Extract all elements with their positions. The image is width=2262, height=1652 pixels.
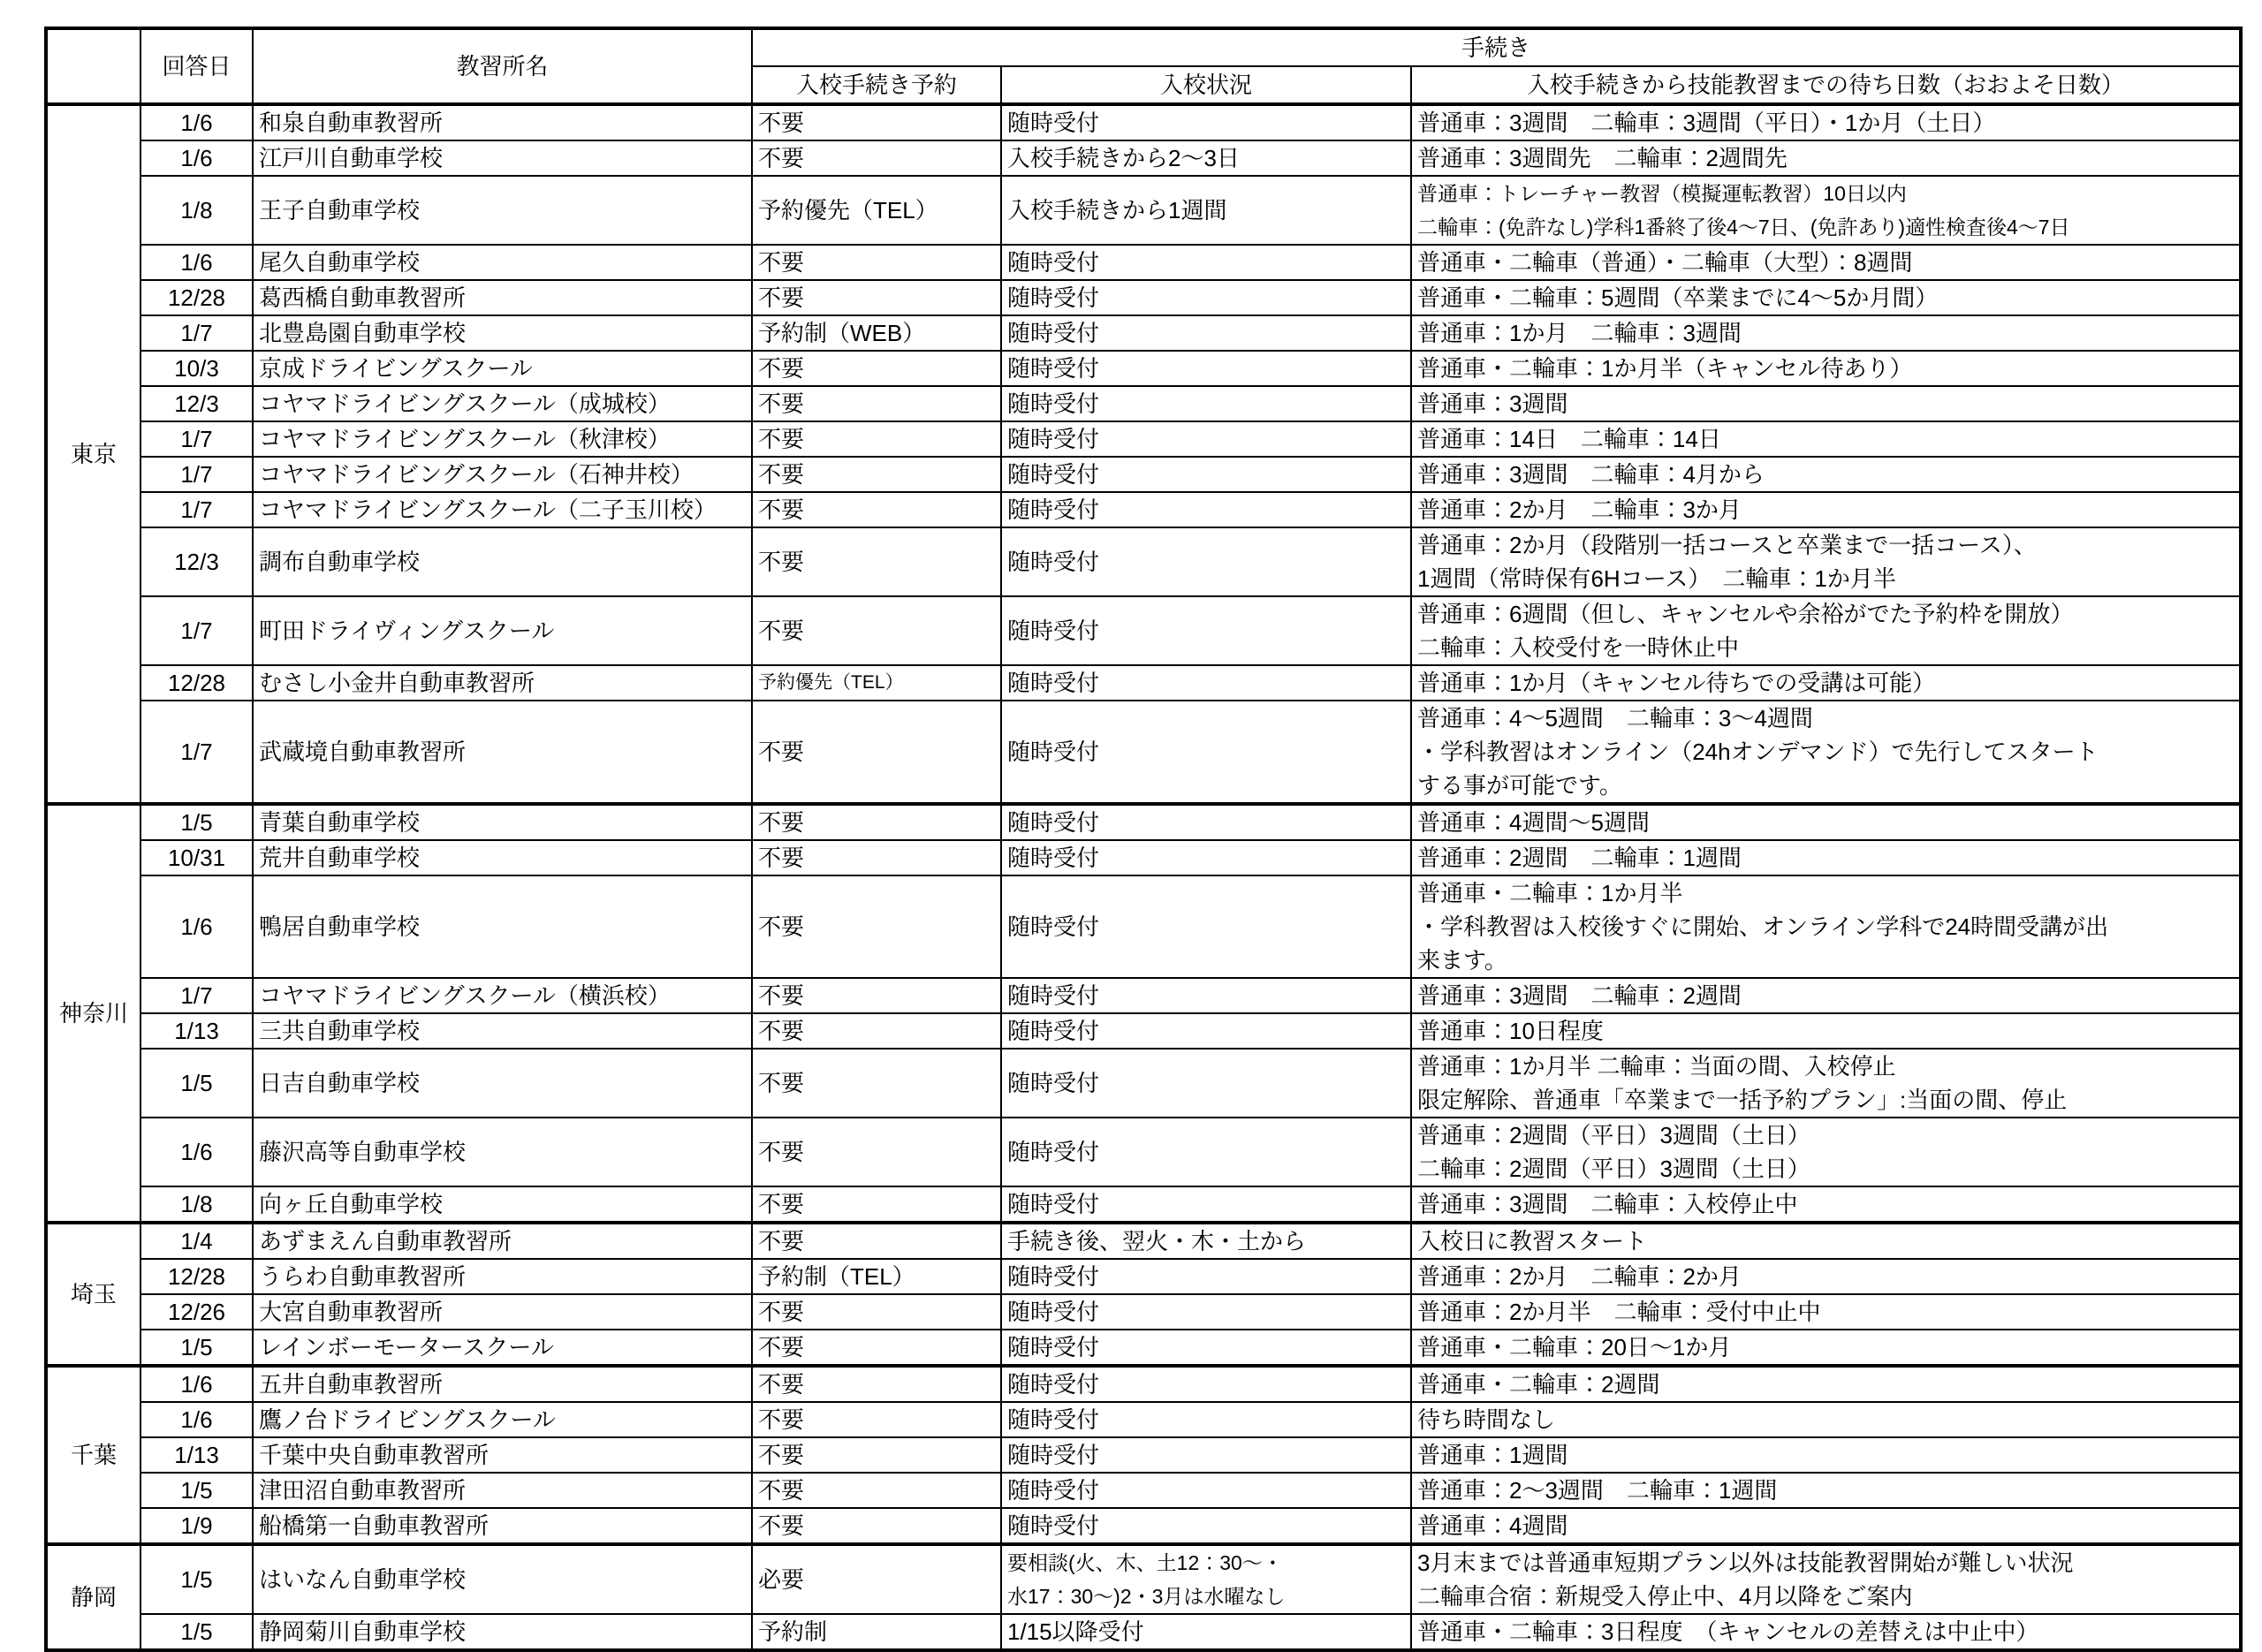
table-row: 1/6鴨居自動車学校不要随時受付普通車・二輪車：1か月半 ・学科教習は入校後すぐ… (46, 875, 2241, 978)
cell-waiting-days: 普通車：2週間（平日）3週間（土日） 二輪車：2週間（平日）3週間（土日） (1411, 1118, 2241, 1186)
cell-reservation: 不要 (752, 386, 1001, 421)
cell-reservation: 不要 (752, 804, 1001, 840)
table-row: 12/26大宮自動車教習所不要随時受付普通車：2か月半 二輪車：受付中止中 (46, 1294, 2241, 1330)
header-response-date: 回答日 (140, 28, 253, 104)
cell-response-date: 1/6 (140, 1118, 253, 1186)
cell-reservation: 不要 (752, 1473, 1001, 1508)
cell-status: 随時受付 (1001, 840, 1411, 875)
cell-status: 随時受付 (1001, 280, 1411, 315)
cell-school-name: 武蔵境自動車教習所 (253, 701, 752, 804)
cell-waiting-days: 普通車：3週間先 二輪車：2週間先 (1411, 140, 2241, 176)
table-row: 1/7武蔵境自動車教習所不要随時受付普通車：4～5週間 二輪車：3～4週間 ・学… (46, 701, 2241, 804)
cell-school-name: 向ヶ丘自動車学校 (253, 1186, 752, 1223)
cell-waiting-days: 普通車：4週間～5週間 (1411, 804, 2241, 840)
cell-reservation: 不要 (752, 1437, 1001, 1473)
cell-school-name: コヤマドライビングスクール（二子玉川校） (253, 492, 752, 527)
cell-school-name: 大宮自動車教習所 (253, 1294, 752, 1330)
cell-status: 随時受付 (1001, 665, 1411, 701)
cell-waiting-days: 普通車・二輪車：3日程度 （キャンセルの差替えは中止中） (1411, 1614, 2241, 1650)
cell-status: 手続き後、翌火・木・土から (1001, 1223, 1411, 1259)
cell-status: 随時受付 (1001, 315, 1411, 351)
cell-status: 要相談(火、木、土12：30～・ 水17：30～)2・3月は水曜なし (1001, 1544, 1411, 1614)
cell-reservation: 不要 (752, 421, 1001, 457)
cell-status: 随時受付 (1001, 1366, 1411, 1402)
table-row: 1/7コヤマドライビングスクール（石神井校）不要随時受付普通車：3週間 二輪車：… (46, 457, 2241, 492)
table-row: 1/6尾久自動車学校不要随時受付普通車・二輪車（普通）・二輪車（大型）：8週間 (46, 245, 2241, 280)
cell-response-date: 10/3 (140, 351, 253, 386)
cell-status: 随時受付 (1001, 1294, 1411, 1330)
table-row: 1/6江戸川自動車学校不要入校手続きから2～3日普通車：3週間先 二輪車：2週間… (46, 140, 2241, 176)
table-row: 1/13千葉中央自動車教習所不要随時受付普通車：1週間 (46, 1437, 2241, 1473)
header-status: 入校状況 (1001, 66, 1411, 104)
table-row: 1/6藤沢高等自動車学校不要随時受付普通車：2週間（平日）3週間（土日） 二輪車… (46, 1118, 2241, 1186)
table-row: 1/7北豊島園自動車学校予約制（WEB）随時受付普通車：1か月 二輪車：3週間 (46, 315, 2241, 351)
table-row: 12/3コヤマドライビングスクール（成城校）不要随時受付普通車：3週間 (46, 386, 2241, 421)
cell-reservation: 不要 (752, 280, 1001, 315)
cell-reservation: 予約優先（TEL） (752, 176, 1001, 245)
cell-reservation: 不要 (752, 245, 1001, 280)
cell-waiting-days: 普通車：14日 二輪車：14日 (1411, 421, 2241, 457)
cell-response-date: 1/5 (140, 1614, 253, 1650)
cell-waiting-days: 普通車：4～5週間 二輪車：3～4週間 ・学科教習はオンライン（24hオンデマン… (1411, 701, 2241, 804)
cell-status: 随時受付 (1001, 1259, 1411, 1294)
prefecture-cell: 千葉 (46, 1366, 140, 1544)
table-row: 10/31荒井自動車学校不要随時受付普通車：2週間 二輪車：1週間 (46, 840, 2241, 875)
cell-school-name: 鴨居自動車学校 (253, 875, 752, 978)
table-row: 1/5レインボーモータースクール不要随時受付普通車・二輪車：20日～1か月 (46, 1330, 2241, 1366)
cell-response-date: 12/3 (140, 527, 253, 596)
driving-school-table: 回答日 教習所名 手続き 入校手続き予約 入校状況 入校手続きから技能教習までの… (44, 27, 2243, 1652)
cell-waiting-days: 普通車：1か月 二輪車：3週間 (1411, 315, 2241, 351)
table-row: 12/28うらわ自動車教習所予約制（TEL）随時受付普通車：2か月 二輪車：2か… (46, 1259, 2241, 1294)
cell-reservation: 必要 (752, 1544, 1001, 1614)
cell-response-date: 1/5 (140, 1473, 253, 1508)
cell-response-date: 1/7 (140, 701, 253, 804)
cell-waiting-days: 普通車：3週間 二輪車：4月から (1411, 457, 2241, 492)
cell-status: 随時受付 (1001, 1049, 1411, 1118)
cell-status: 随時受付 (1001, 245, 1411, 280)
cell-response-date: 1/8 (140, 176, 253, 245)
cell-response-date: 1/9 (140, 1508, 253, 1544)
table-body: 東京1/6和泉自動車教習所不要随時受付普通車：3週間 二輪車：3週間（平日）・1… (46, 104, 2241, 1650)
cell-school-name: レインボーモータースクール (253, 1330, 752, 1366)
cell-reservation: 不要 (752, 1013, 1001, 1049)
cell-waiting-days: 普通車：2か月 二輪車：2か月 (1411, 1259, 2241, 1294)
header-procedure-group: 手続き (752, 28, 2241, 66)
cell-waiting-days: 普通車：1週間 (1411, 1437, 2241, 1473)
cell-waiting-days: 待ち時間なし (1411, 1402, 2241, 1437)
cell-reservation: 不要 (752, 701, 1001, 804)
cell-school-name: 調布自動車学校 (253, 527, 752, 596)
cell-waiting-days: 普通車：2か月（段階別一括コースと卒業まで一括コース）、 1週間（常時保有6Hコ… (1411, 527, 2241, 596)
table-row: 1/8向ヶ丘自動車学校不要随時受付普通車：3週間 二輪車：入校停止中 (46, 1186, 2241, 1223)
cell-school-name: 京成ドライビングスクール (253, 351, 752, 386)
cell-waiting-days: 普通車・二輪車：1か月半（キャンセル待あり） (1411, 351, 2241, 386)
table-row: 12/28葛西橋自動車教習所不要随時受付普通車・二輪車：5週間（卒業までに4～5… (46, 280, 2241, 315)
cell-school-name: 王子自動車学校 (253, 176, 752, 245)
cell-school-name: 船橋第一自動車教習所 (253, 1508, 752, 1544)
table-header: 回答日 教習所名 手続き 入校手続き予約 入校状況 入校手続きから技能教習までの… (46, 28, 2241, 104)
table-row: 1/6鷹ノ台ドライビングスクール不要随時受付待ち時間なし (46, 1402, 2241, 1437)
cell-reservation: 不要 (752, 875, 1001, 978)
cell-response-date: 1/6 (140, 1366, 253, 1402)
cell-reservation: 不要 (752, 1049, 1001, 1118)
cell-school-name: 鷹ノ台ドライビングスクール (253, 1402, 752, 1437)
table-row: 1/5日吉自動車学校不要随時受付普通車：1か月半 二輪車：当面の間、入校停止 限… (46, 1049, 2241, 1118)
cell-school-name: 北豊島園自動車学校 (253, 315, 752, 351)
cell-status: 随時受付 (1001, 875, 1411, 978)
cell-school-name: 尾久自動車学校 (253, 245, 752, 280)
cell-school-name: 静岡菊川自動車学校 (253, 1614, 752, 1650)
cell-status: 随時受付 (1001, 1473, 1411, 1508)
cell-waiting-days: 普通車：2か月 二輪車：3か月 (1411, 492, 2241, 527)
cell-status: 随時受付 (1001, 1437, 1411, 1473)
cell-status: 入校手続きから1週間 (1001, 176, 1411, 245)
cell-waiting-days: 普通車：2か月半 二輪車：受付中止中 (1411, 1294, 2241, 1330)
cell-school-name: 江戸川自動車学校 (253, 140, 752, 176)
cell-response-date: 1/7 (140, 978, 253, 1013)
cell-response-date: 1/7 (140, 457, 253, 492)
header-school-name: 教習所名 (253, 28, 752, 104)
table-row: 神奈川1/5青葉自動車学校不要随時受付普通車：4週間～5週間 (46, 804, 2241, 840)
cell-reservation: 不要 (752, 596, 1001, 665)
cell-status: 随時受付 (1001, 1013, 1411, 1049)
cell-response-date: 1/5 (140, 1544, 253, 1614)
cell-school-name: 藤沢高等自動車学校 (253, 1118, 752, 1186)
header-reservation: 入校手続き予約 (752, 66, 1001, 104)
cell-waiting-days: 普通車：2週間 二輪車：1週間 (1411, 840, 2241, 875)
cell-response-date: 1/6 (140, 875, 253, 978)
cell-response-date: 1/6 (140, 140, 253, 176)
table-row: 1/7町田ドライヴィングスクール不要随時受付普通車：6週間（但し、キャンセルや余… (46, 596, 2241, 665)
cell-status: 随時受付 (1001, 421, 1411, 457)
cell-reservation: 不要 (752, 527, 1001, 596)
cell-reservation: 不要 (752, 492, 1001, 527)
cell-response-date: 1/5 (140, 1330, 253, 1366)
cell-status: 随時受付 (1001, 1508, 1411, 1544)
cell-waiting-days: 普通車・二輪車：1か月半 ・学科教習は入校後すぐに開始、オンライン学科で24時間… (1411, 875, 2241, 978)
cell-reservation: 不要 (752, 1294, 1001, 1330)
cell-waiting-days: 普通車：3週間 二輪車：入校停止中 (1411, 1186, 2241, 1223)
table-row: 静岡1/5はいなん自動車学校必要要相談(火、木、土12：30～・ 水17：30～… (46, 1544, 2241, 1614)
cell-status: 随時受付 (1001, 596, 1411, 665)
cell-school-name: コヤマドライビングスクール（横浜校） (253, 978, 752, 1013)
cell-waiting-days: 普通車：10日程度 (1411, 1013, 2241, 1049)
cell-status: 随時受付 (1001, 386, 1411, 421)
cell-response-date: 1/7 (140, 421, 253, 457)
cell-response-date: 1/4 (140, 1223, 253, 1259)
cell-response-date: 1/8 (140, 1186, 253, 1223)
cell-school-name: 津田沼自動車教習所 (253, 1473, 752, 1508)
cell-school-name: はいなん自動車学校 (253, 1544, 752, 1614)
cell-response-date: 1/5 (140, 804, 253, 840)
table-row: 1/7コヤマドライビングスクール（秋津校）不要随時受付普通車：14日 二輪車：1… (46, 421, 2241, 457)
table-row: 埼玉1/4あずまえん自動車教習所不要手続き後、翌火・木・土から入校日に教習スター… (46, 1223, 2241, 1259)
cell-school-name: むさし小金井自動車教習所 (253, 665, 752, 701)
cell-waiting-days: 普通車：1か月（キャンセル待ちでの受講は可能） (1411, 665, 2241, 701)
cell-school-name: コヤマドライビングスクール（成城校） (253, 386, 752, 421)
cell-waiting-days: 入校日に教習スタート (1411, 1223, 2241, 1259)
cell-waiting-days: 普通車：6週間（但し、キャンセルや余裕がでた予約枠を開放） 二輪車：入校受付を一… (1411, 596, 2241, 665)
cell-reservation: 不要 (752, 1186, 1001, 1223)
cell-status: 随時受付 (1001, 1186, 1411, 1223)
cell-school-name: うらわ自動車教習所 (253, 1259, 752, 1294)
cell-response-date: 1/7 (140, 315, 253, 351)
cell-status: 随時受付 (1001, 1330, 1411, 1366)
prefecture-cell: 東京 (46, 104, 140, 804)
cell-status: 随時受付 (1001, 351, 1411, 386)
prefecture-cell: 神奈川 (46, 804, 140, 1223)
cell-response-date: 1/13 (140, 1013, 253, 1049)
table-row: 12/28むさし小金井自動車教習所予約優先（TEL）随時受付普通車：1か月（キャ… (46, 665, 2241, 701)
cell-waiting-days: 普通車：3週間 (1411, 386, 2241, 421)
cell-waiting-days: 普通車・二輪車：20日～1か月 (1411, 1330, 2241, 1366)
table-row: 1/13三共自動車学校不要随時受付普通車：10日程度 (46, 1013, 2241, 1049)
cell-reservation: 不要 (752, 1508, 1001, 1544)
cell-reservation: 予約優先（TEL） (752, 665, 1001, 701)
cell-waiting-days: 普通車：3週間 二輪車：2週間 (1411, 978, 2241, 1013)
cell-waiting-days: 普通車：1か月半 二輪車：当面の間、入校停止 限定解除、普通車「卒業まで一括予約… (1411, 1049, 2241, 1118)
cell-response-date: 1/6 (140, 1402, 253, 1437)
table-row: 1/8王子自動車学校予約優先（TEL）入校手続きから1週間普通車：トレーチャー教… (46, 176, 2241, 245)
cell-school-name: コヤマドライビングスクール（秋津校） (253, 421, 752, 457)
cell-response-date: 10/31 (140, 840, 253, 875)
cell-waiting-days: 普通車：3週間 二輪車：3週間（平日）・1か月（土日） (1411, 104, 2241, 140)
cell-reservation: 不要 (752, 104, 1001, 140)
cell-reservation: 不要 (752, 1366, 1001, 1402)
cell-response-date: 12/28 (140, 665, 253, 701)
cell-response-date: 1/7 (140, 492, 253, 527)
cell-status: 随時受付 (1001, 978, 1411, 1013)
cell-response-date: 1/6 (140, 245, 253, 280)
cell-reservation: 不要 (752, 840, 1001, 875)
cell-school-name: 青葉自動車学校 (253, 804, 752, 840)
cell-reservation: 不要 (752, 1402, 1001, 1437)
cell-school-name: 千葉中央自動車教習所 (253, 1437, 752, 1473)
cell-reservation: 不要 (752, 1118, 1001, 1186)
cell-school-name: 日吉自動車学校 (253, 1049, 752, 1118)
cell-school-name: 和泉自動車教習所 (253, 104, 752, 140)
table-row: 1/7コヤマドライビングスクール（二子玉川校）不要随時受付普通車：2か月 二輪車… (46, 492, 2241, 527)
cell-school-name: コヤマドライビングスクール（石神井校） (253, 457, 752, 492)
table-row: 東京1/6和泉自動車教習所不要随時受付普通車：3週間 二輪車：3週間（平日）・1… (46, 104, 2241, 140)
cell-response-date: 1/7 (140, 596, 253, 665)
cell-response-date: 12/28 (140, 280, 253, 315)
prefecture-cell: 静岡 (46, 1544, 140, 1650)
cell-response-date: 12/3 (140, 386, 253, 421)
cell-reservation: 不要 (752, 1330, 1001, 1366)
cell-reservation: 不要 (752, 978, 1001, 1013)
cell-school-name: 荒井自動車学校 (253, 840, 752, 875)
table-row: 10/3京成ドライビングスクール不要随時受付普通車・二輪車：1か月半（キャンセル… (46, 351, 2241, 386)
cell-response-date: 1/13 (140, 1437, 253, 1473)
table-row: 1/5静岡菊川自動車学校予約制1/15以降受付普通車・二輪車：3日程度 （キャン… (46, 1614, 2241, 1650)
cell-response-date: 12/28 (140, 1259, 253, 1294)
table-row: 1/9船橋第一自動車教習所不要随時受付普通車：4週間 (46, 1508, 2241, 1544)
cell-reservation: 不要 (752, 457, 1001, 492)
header-row-top: 回答日 教習所名 手続き (46, 28, 2241, 66)
table-row: 12/3調布自動車学校不要随時受付普通車：2か月（段階別一括コースと卒業まで一括… (46, 527, 2241, 596)
cell-waiting-days: 普通車：2～3週間 二輪車：1週間 (1411, 1473, 2241, 1508)
cell-status: 随時受付 (1001, 492, 1411, 527)
cell-school-name: あずまえん自動車教習所 (253, 1223, 752, 1259)
cell-status: 随時受付 (1001, 104, 1411, 140)
cell-school-name: 三共自動車学校 (253, 1013, 752, 1049)
cell-waiting-days: 普通車・二輪車：2週間 (1411, 1366, 2241, 1402)
cell-waiting-days: 普通車・二輪車（普通）・二輪車（大型）：8週間 (1411, 245, 2241, 280)
cell-waiting-days: 3月末までは普通車短期プラン以外は技能教習開始が難しい状況 二輪車合宿：新規受入… (1411, 1544, 2241, 1614)
cell-response-date: 1/5 (140, 1049, 253, 1118)
cell-school-name: 町田ドライヴィングスクール (253, 596, 752, 665)
cell-status: 随時受付 (1001, 804, 1411, 840)
cell-reservation: 予約制（WEB） (752, 315, 1001, 351)
table-row: 1/5津田沼自動車教習所不要随時受付普通車：2～3週間 二輪車：1週間 (46, 1473, 2241, 1508)
cell-status: 随時受付 (1001, 1118, 1411, 1186)
cell-reservation: 不要 (752, 1223, 1001, 1259)
page: 回答日 教習所名 手続き 入校手続き予約 入校状況 入校手続きから技能教習までの… (0, 0, 2262, 1600)
cell-status: 1/15以降受付 (1001, 1614, 1411, 1650)
cell-status: 随時受付 (1001, 701, 1411, 804)
cell-waiting-days: 普通車：4週間 (1411, 1508, 2241, 1544)
cell-waiting-days: 普通車：トレーチャー教習（模擬運転教習）10日以内 二輪車：(免許なし)学科1番… (1411, 176, 2241, 245)
cell-waiting-days: 普通車・二輪車：5週間（卒業までに4～5か月間） (1411, 280, 2241, 315)
cell-status: 随時受付 (1001, 457, 1411, 492)
cell-status: 随時受付 (1001, 1402, 1411, 1437)
prefecture-cell: 埼玉 (46, 1223, 140, 1366)
header-waiting-days: 入校手続きから技能教習までの待ち日数（おおよそ日数） (1411, 66, 2241, 104)
table-row: 千葉1/6五井自動車教習所不要随時受付普通車・二輪車：2週間 (46, 1366, 2241, 1402)
cell-reservation: 予約制 (752, 1614, 1001, 1650)
cell-reservation: 不要 (752, 140, 1001, 176)
table-row: 1/7コヤマドライビングスクール（横浜校）不要随時受付普通車：3週間 二輪車：2… (46, 978, 2241, 1013)
cell-status: 随時受付 (1001, 527, 1411, 596)
cell-response-date: 1/6 (140, 104, 253, 140)
cell-reservation: 予約制（TEL） (752, 1259, 1001, 1294)
cell-status: 入校手続きから2～3日 (1001, 140, 1411, 176)
cell-school-name: 葛西橋自動車教習所 (253, 280, 752, 315)
cell-school-name: 五井自動車教習所 (253, 1366, 752, 1402)
cell-response-date: 12/26 (140, 1294, 253, 1330)
cell-reservation: 不要 (752, 351, 1001, 386)
corner-cell (46, 28, 140, 104)
